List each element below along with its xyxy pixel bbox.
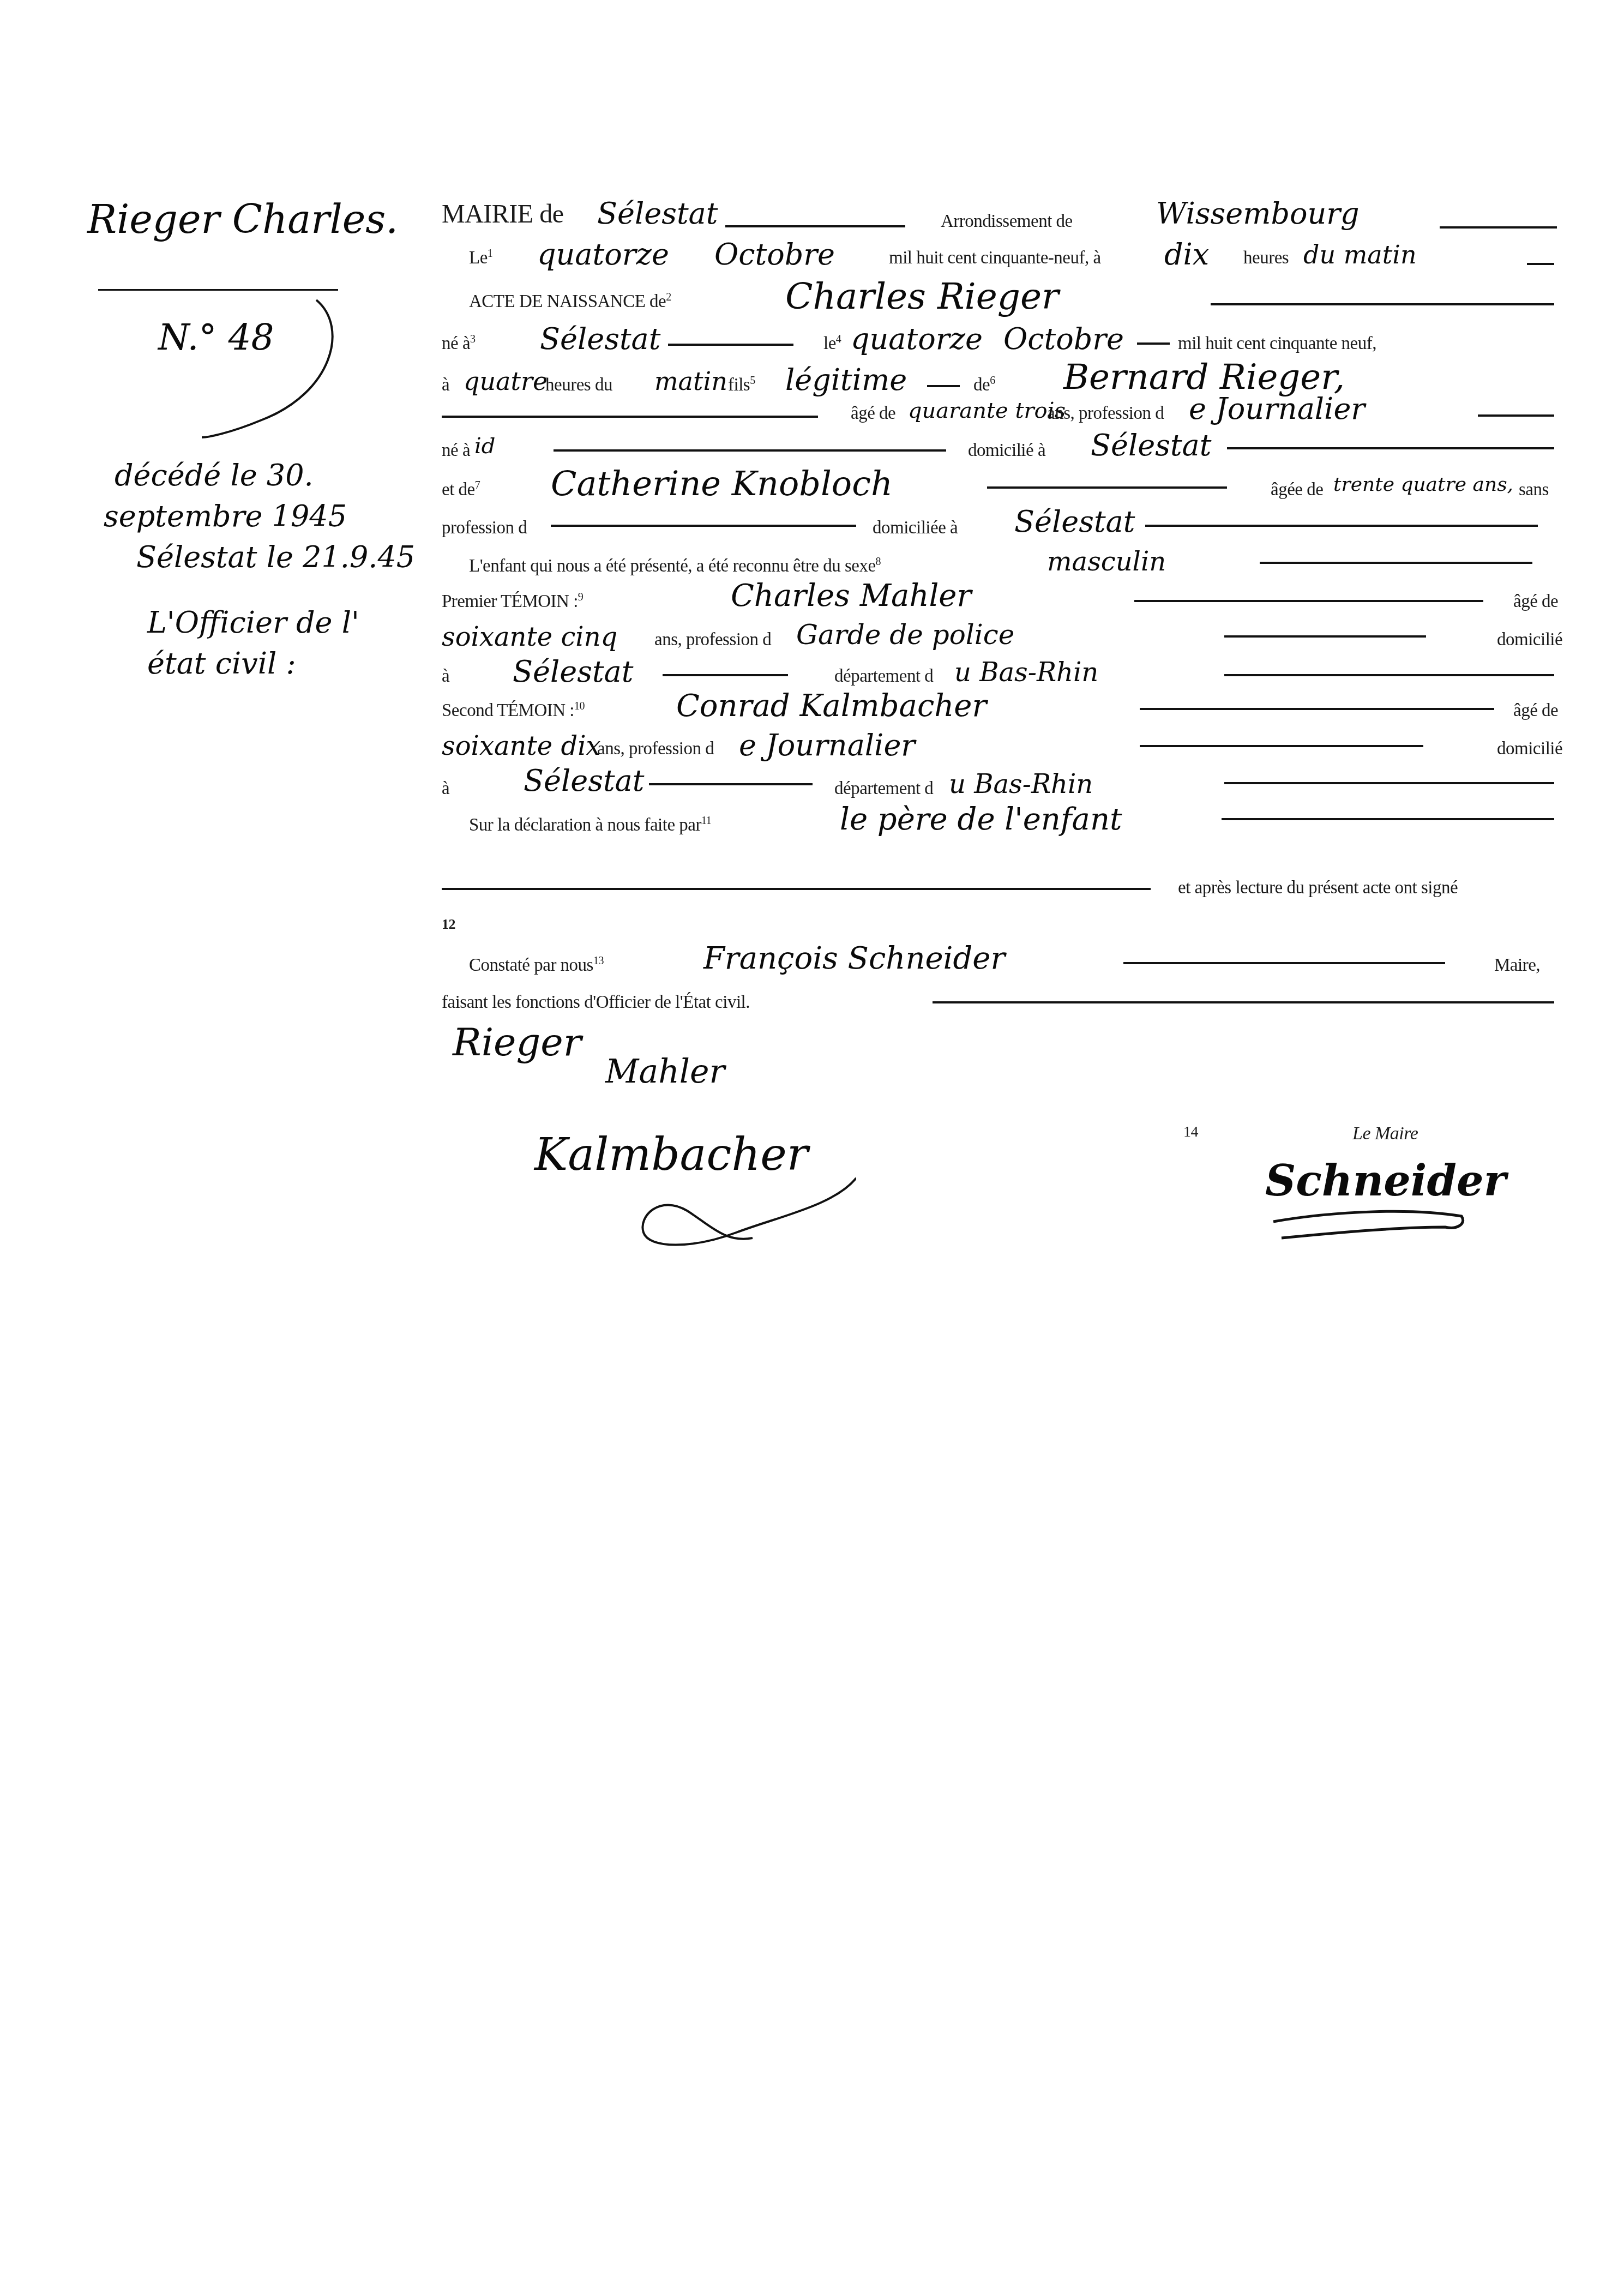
witness1-age: soixante cinq (442, 622, 617, 652)
witness2-profession: e Journalier (739, 728, 915, 762)
rule (668, 344, 793, 346)
maire-label: Maire, (1494, 955, 1540, 976)
witness1-dom-label: domicilié (1497, 630, 1562, 650)
rule (442, 416, 818, 418)
le-label: Le1 (469, 248, 492, 268)
arrondissement-value: Wissembourg (1156, 196, 1360, 231)
death-note-line-3: Sélestat le 21.9.45 (136, 540, 415, 574)
rule (1140, 708, 1494, 710)
witness2-prof-label: ans, profession d (597, 739, 714, 759)
born-hour-label: heures du (545, 375, 612, 395)
date-day: quatorze (537, 237, 669, 272)
witness1-dept: u Bas-Rhin (954, 657, 1098, 688)
arrondissement-label: Arrondissement de (941, 212, 1073, 232)
signature-rieger: Rieger (453, 1020, 581, 1065)
le-maire-label: Le Maire (1352, 1123, 1418, 1144)
rule (663, 674, 788, 676)
witness1-label: Premier TÉMOIN :9 (442, 592, 583, 612)
witness1-dept-label: département d (834, 666, 933, 687)
lecture-text: et après lecture du présent acte ont sig… (1178, 878, 1458, 898)
father-age-label: âgé de (851, 404, 895, 424)
mother-prof-label: profession d (442, 518, 527, 538)
mother-name: Catherine Knobloch (551, 464, 893, 503)
death-note-line-4: L'Officier de l' (147, 605, 359, 640)
born-at-label: né à3 (442, 334, 476, 354)
mayor-name: François Schneider (703, 941, 1005, 976)
mother-dom-value: Sélestat (1014, 504, 1135, 539)
father-age: quarante trois (908, 398, 1066, 423)
fonctions-text: faisant les fonctions d'Officier de l'Ét… (442, 993, 750, 1013)
rule (1527, 263, 1554, 265)
father-born-value: id (474, 434, 495, 459)
born-at-value: Sélestat (540, 322, 660, 356)
born-hour: quatre (464, 366, 548, 396)
born-a-label: à (442, 375, 449, 395)
witness2-age-label: âgé de (1513, 701, 1558, 721)
declaration-label: Sur la déclaration à nous faite par11 (469, 815, 711, 836)
hour-label: heures (1243, 248, 1289, 268)
rule (1145, 525, 1538, 527)
witness1-town: Sélestat (513, 654, 633, 689)
rule (1478, 414, 1554, 417)
margin-name: Rieger Charles. (87, 196, 398, 242)
witness1-age-label: âgé de (1513, 592, 1558, 612)
born-year-text: mil huit cent cinquante neuf, (1178, 334, 1376, 354)
rule (1211, 303, 1554, 305)
witness2-dept: u Bas-Rhin (949, 769, 1093, 800)
death-note-line-5: état civil : (147, 646, 296, 681)
witness1-prof-label: ans, profession d (654, 630, 771, 650)
declaration-value: le père de l'enfant (840, 802, 1122, 837)
death-note-line-2: septembre 1945 (104, 499, 347, 533)
death-note-line-1: décédé le 30. (115, 458, 314, 492)
rule (933, 1001, 1554, 1003)
mairie-value: Sélestat (597, 196, 718, 231)
born-month: Octobre (1003, 322, 1124, 356)
rule (1224, 674, 1554, 676)
de-label: de6 (973, 375, 995, 395)
rule (1222, 818, 1554, 820)
signature-mahler: Mahler (605, 1053, 725, 1091)
witness1-a: à (442, 666, 449, 687)
rule (987, 486, 1227, 489)
signature-mayor: Schneider (1265, 1156, 1506, 1206)
mairie-label: MAIRIE de (442, 199, 563, 229)
note-12: 12 (442, 916, 455, 933)
witness2-name: Conrad Kalmbacher (676, 688, 987, 724)
father-dom-label: domicilié à (968, 441, 1045, 461)
rule (1123, 962, 1445, 964)
rule (1134, 600, 1483, 602)
witness1-name: Charles Mahler (731, 578, 971, 614)
rule (1260, 562, 1532, 564)
mother-age-label: âgée de (1271, 480, 1323, 500)
father-profession: e Journalier (1189, 392, 1365, 426)
hour-period: du matin (1303, 240, 1417, 269)
witness2-dom-label: domicilié (1497, 739, 1562, 759)
rule (649, 783, 813, 785)
rule (1137, 342, 1170, 345)
acte-label: ACTE DE NAISSANCE de2 (469, 292, 671, 312)
witness2-dept-label: département d (834, 779, 933, 799)
witness2-town: Sélestat (524, 764, 644, 798)
father-born-label: né à (442, 441, 470, 461)
mother-dom-label: domiciliée à (873, 518, 958, 538)
rule (551, 525, 856, 527)
sex-label: L'enfant qui nous a été présenté, a été … (469, 556, 881, 576)
rule (725, 225, 905, 227)
mother-sans: sans (1519, 480, 1549, 500)
constate-label: Constaté par nous13 (469, 955, 604, 976)
mother-age: trente quatre ans, (1333, 473, 1513, 496)
date-month: Octobre (714, 237, 835, 272)
rule (1224, 635, 1426, 638)
rule (927, 385, 960, 387)
father-prof-label: ans, profession d (1047, 404, 1164, 424)
margin-oval-flourish (153, 294, 349, 447)
fils-value: légitime (785, 363, 907, 397)
sex-value: masculin (1047, 546, 1166, 577)
kalmbacher-flourish (627, 1173, 856, 1254)
father-dom-value: Sélestat (1091, 428, 1211, 462)
witness2-a: à (442, 779, 449, 799)
mother-label: et de7 (442, 480, 480, 500)
rule (1140, 745, 1423, 747)
witness2-age: soixante dix (442, 731, 601, 761)
year-text: mil huit cent cinquante-neuf, à (889, 248, 1101, 268)
mayor-signature-flourish (1271, 1205, 1478, 1243)
witness2-label: Second TÉMOIN :10 (442, 701, 585, 721)
rule (554, 449, 946, 452)
witness1-profession: Garde de police (796, 619, 1014, 651)
fils-label: fils5 (728, 375, 755, 395)
rule (1440, 226, 1557, 229)
rule (1227, 447, 1554, 449)
hour-value: dix (1164, 237, 1209, 272)
margin-divider (98, 289, 338, 291)
child-name: Charles Rieger (785, 275, 1059, 317)
rule (442, 888, 1151, 890)
born-le-label: le4 (823, 334, 841, 354)
rule (1224, 782, 1554, 784)
born-period: matin (654, 366, 727, 396)
note-14: 14 (1183, 1123, 1198, 1141)
born-day: quatorze (851, 322, 983, 356)
